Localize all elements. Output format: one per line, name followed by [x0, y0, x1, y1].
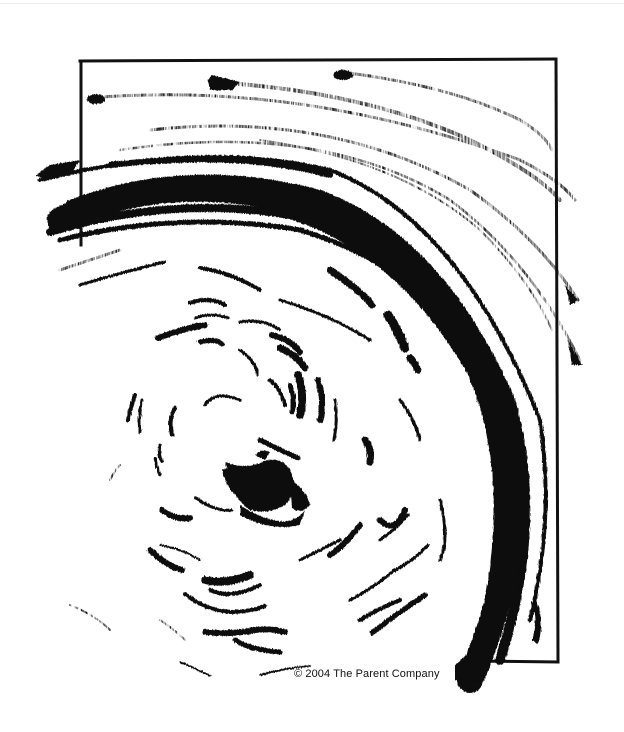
left-dry-strokes [60, 250, 185, 640]
central-blob [222, 451, 310, 527]
copyright-notice: © 2004 The Parent Company [294, 668, 440, 680]
mid-ring-strokes [80, 262, 445, 560]
main-arc [40, 157, 546, 680]
lower-strokes [150, 515, 428, 676]
spiral-artwork [0, 0, 624, 732]
